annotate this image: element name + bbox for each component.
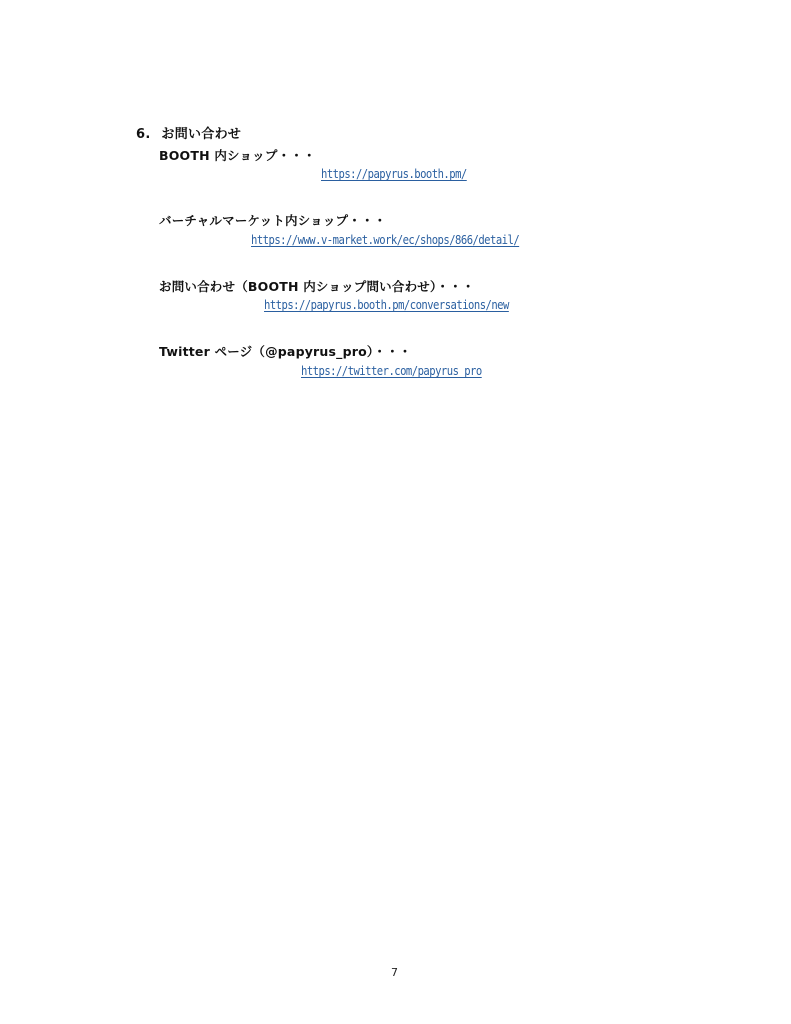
- contact-link[interactable]: https://papyrus.booth.pm/conversations/n…: [264, 298, 509, 312]
- booth-shop-label: BOOTH 内ショップ・・・: [159, 146, 316, 164]
- section-heading: 6. お問い合わせ: [136, 123, 241, 142]
- section-number: 6.: [136, 127, 151, 142]
- document-page: 6. お問い合わせ BOOTH 内ショップ・・・ https://papyrus…: [0, 0, 791, 1024]
- virtual-market-shop-label: バーチャルマーケット内ショップ・・・: [159, 211, 386, 229]
- section-title: お問い合わせ: [161, 127, 241, 142]
- contact-label: お問い合わせ（BOOTH 内ショップ問い合わせ）・・・: [159, 277, 475, 295]
- booth-shop-link[interactable]: https://papyrus.booth.pm/: [321, 167, 467, 181]
- twitter-page-link[interactable]: https://twitter.com/papyrus_pro: [301, 364, 482, 378]
- page-number: 7: [391, 966, 398, 979]
- virtual-market-shop-link[interactable]: https://www.v-market.work/ec/shops/866/d…: [251, 233, 519, 247]
- twitter-page-label: Twitter ページ（@papyrus_pro）・・・: [159, 342, 411, 360]
